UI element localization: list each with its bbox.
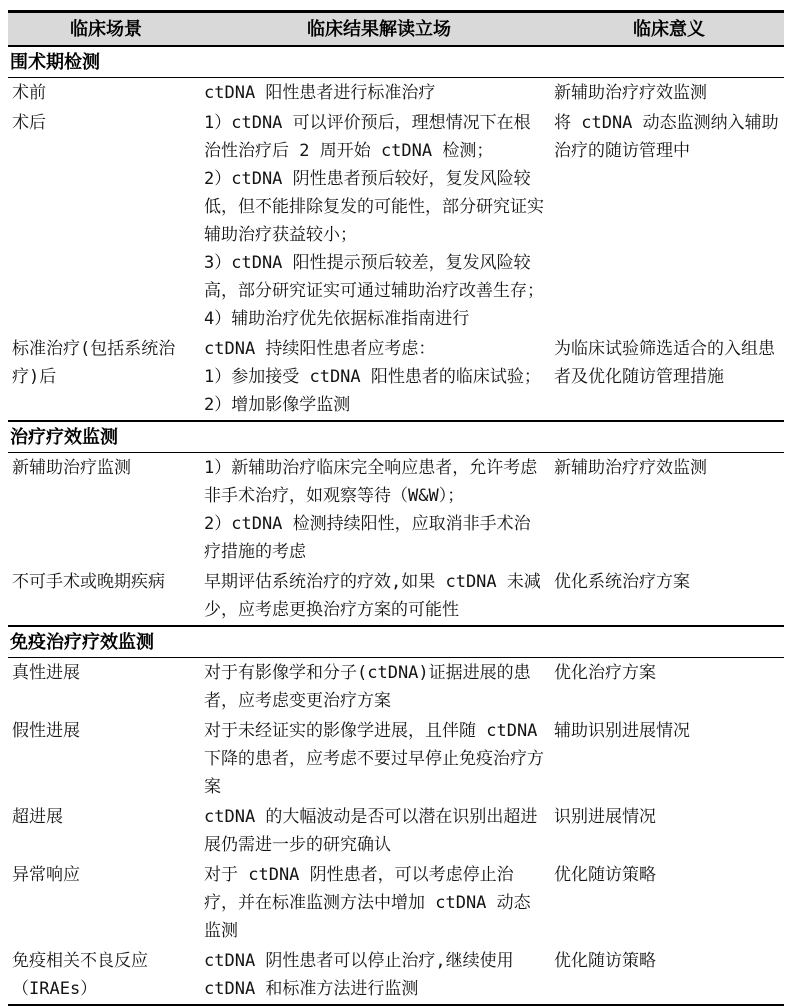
table-row: 超进展 ctDNA 的大幅波动是否可以潜在识别出超进展仍需进一步的研究确认 识别… [8,802,784,860]
cell-significance: 优化治疗方案 [554,658,784,717]
interpretation-item: 1）参加接受 ctDNA 阳性患者的临床试验； [204,363,544,391]
cell-significance: 优化系统治疗方案 [554,567,784,626]
cell-scenario: 术前 [8,78,204,109]
cell-interpretation: ctDNA 的大幅波动是否可以潜在识别出超进展仍需进一步的研究确认 [204,802,554,860]
table-row: 术后 1）ctDNA 可以评价预后，理想情况下在根治性治疗后 2 周开始 ctD… [8,108,784,334]
table-row: 异常响应 对于 ctDNA 阴性患者，可以考虑停止治疗，并在标准监测方法中增加 … [8,860,784,946]
cell-significance: 为临床试验筛选适合的入组患者及优化随访管理措施 [554,334,784,421]
cell-significance: 优化随访策略 [554,860,784,946]
interpretation-item: 早期评估系统治疗的疗效,如果 ctDNA 未减少，应考虑更换治疗方案的可能性 [204,568,544,624]
section-title: 围术期检测 [8,46,784,78]
interpretation-item: 1）ctDNA 可以评价预后，理想情况下在根治性治疗后 2 周开始 ctDNA … [204,109,544,165]
cell-scenario: 异常响应 [8,860,204,946]
section-title: 免疫治疗疗效监测 [8,626,784,658]
section-title: 治疗疗效监测 [8,421,784,453]
cell-interpretation: ctDNA 阴性患者可以停止治疗,继续使用 ctDNA 和标准方法进行监测 [204,946,554,1005]
cell-scenario: 新辅助治疗监测 [8,453,204,568]
interpretation-item: ctDNA 阴性患者可以停止治疗,继续使用 ctDNA 和标准方法进行监测 [204,947,544,1003]
cell-scenario: 超进展 [8,802,204,860]
cell-scenario: 标准治疗(包括系统治疗)后 [8,334,204,421]
cell-interpretation: 对于有影像学和分子(ctDNA)证据进展的患者，应考虑变更治疗方案 [204,658,554,717]
cell-scenario: 不可手术或晚期疾病 [8,567,204,626]
interpretation-item: 2）ctDNA 检测持续阳性，应取消非手术治疗措施的考虑 [204,510,544,566]
cell-significance: 新辅助治疗疗效监测 [554,453,784,568]
section-header-row: 治疗疗效监测 [8,421,784,453]
cell-significance: 辅助识别进展情况 [554,716,784,802]
cell-interpretation: 对于未经证实的影像学进展，且伴随 ctDNA 下降的患者，应考虑不要过早停止免疫… [204,716,554,802]
col-header-interpretation: 临床结果解读立场 [204,12,554,47]
header-row: 临床场景 临床结果解读立场 临床意义 [8,12,784,47]
cell-scenario: 假性进展 [8,716,204,802]
col-header-scenario: 临床场景 [8,12,204,47]
interpretation-item: ctDNA 持续阳性患者应考虑： [204,335,544,363]
table-row: 标准治疗(包括系统治疗)后 ctDNA 持续阳性患者应考虑： 1）参加接受 ct… [8,334,784,421]
interpretation-item: ctDNA 阳性患者进行标准治疗 [204,79,544,107]
interpretation-item: 对于未经证实的影像学进展，且伴随 ctDNA 下降的患者，应考虑不要过早停止免疫… [204,717,544,801]
interpretation-item: 4）辅助治疗优先依据标准指南进行 [204,305,544,333]
cell-interpretation: ctDNA 持续阳性患者应考虑： 1）参加接受 ctDNA 阳性患者的临床试验；… [204,334,554,421]
cell-significance: 将 ctDNA 动态监测纳入辅助治疗的随访管理中 [554,108,784,334]
cell-scenario: 真性进展 [8,658,204,717]
cell-significance: 新辅助治疗疗效监测 [554,78,784,109]
table-row: 免疫相关不良反应（IRAEs） ctDNA 阴性患者可以停止治疗,继续使用 ct… [8,946,784,1005]
table-header: 临床场景 临床结果解读立场 临床意义 [8,12,784,47]
cell-interpretation: 早期评估系统治疗的疗效,如果 ctDNA 未减少，应考虑更换治疗方案的可能性 [204,567,554,626]
col-header-significance: 临床意义 [554,12,784,47]
interpretation-item: 对于 ctDNA 阴性患者，可以考虑停止治疗，并在标准监测方法中增加 ctDNA… [204,861,544,945]
table-row: 假性进展 对于未经证实的影像学进展，且伴随 ctDNA 下降的患者，应考虑不要过… [8,716,784,802]
interpretation-item: 2）增加影像学监测 [204,391,544,419]
table-row: 新辅助治疗监测 1）新辅助治疗临床完全响应患者，允许考虑非手术治疗，如观察等待（… [8,453,784,568]
section-header-row: 围术期检测 [8,46,784,78]
document-page: 临床场景 临床结果解读立场 临床意义 围术期检测 术前 ctDNA 阳性患者进行… [0,0,792,947]
table-row: 术前 ctDNA 阳性患者进行标准治疗 新辅助治疗疗效监测 [8,78,784,109]
interpretation-item: ctDNA 的大幅波动是否可以潜在识别出超进展仍需进一步的研究确认 [204,803,544,859]
clinical-scenarios-table: 临床场景 临床结果解读立场 临床意义 围术期检测 术前 ctDNA 阳性患者进行… [8,10,784,1006]
interpretation-item: 1）新辅助治疗临床完全响应患者，允许考虑非手术治疗，如观察等待（W&W）； [204,454,544,510]
cell-interpretation: 对于 ctDNA 阴性患者，可以考虑停止治疗，并在标准监测方法中增加 ctDNA… [204,860,554,946]
cell-interpretation: 1）ctDNA 可以评价预后，理想情况下在根治性治疗后 2 周开始 ctDNA … [204,108,554,334]
cell-scenario: 术后 [8,108,204,334]
table-row: 不可手术或晚期疾病 早期评估系统治疗的疗效,如果 ctDNA 未减少，应考虑更换… [8,567,784,626]
cell-significance: 优化随访策略 [554,946,784,1005]
interpretation-item: 3）ctDNA 阳性提示预后较差，复发风险较高，部分研究证实可通过辅助治疗改善生… [204,249,544,305]
interpretation-item: 对于有影像学和分子(ctDNA)证据进展的患者，应考虑变更治疗方案 [204,659,544,715]
cell-significance: 识别进展情况 [554,802,784,860]
cell-interpretation: 1）新辅助治疗临床完全响应患者，允许考虑非手术治疗，如观察等待（W&W）； 2）… [204,453,554,568]
cell-interpretation: ctDNA 阳性患者进行标准治疗 [204,78,554,109]
section-header-row: 免疫治疗疗效监测 [8,626,784,658]
cell-scenario: 免疫相关不良反应（IRAEs） [8,946,204,1005]
interpretation-item: 2）ctDNA 阴性患者预后较好，复发风险较低，但不能排除复发的可能性，部分研究… [204,165,544,249]
table-row: 真性进展 对于有影像学和分子(ctDNA)证据进展的患者，应考虑变更治疗方案 优… [8,658,784,717]
